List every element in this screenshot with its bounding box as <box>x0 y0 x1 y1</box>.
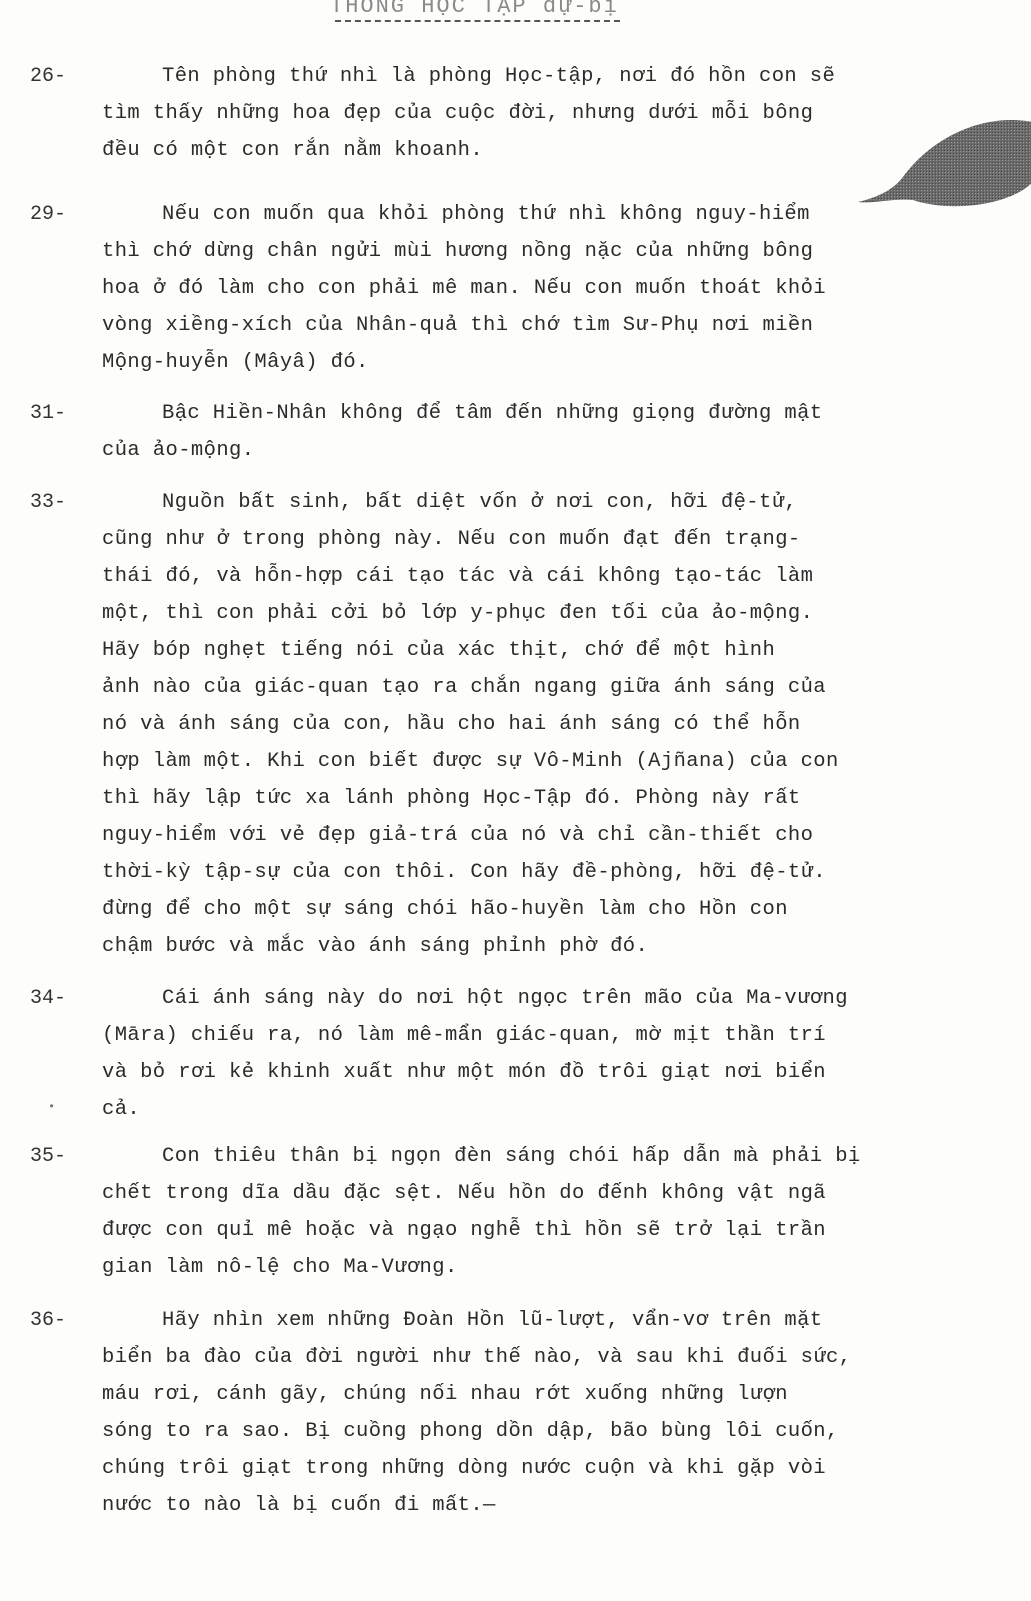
text-line: đừng để cho một sự sáng chói hão-huyền l… <box>102 891 788 928</box>
text-line: thì chớ dừng chân ngửi mùi hương nồng nặ… <box>102 233 813 270</box>
text-line: của ảo-mộng. <box>102 432 254 469</box>
text-line: cả. <box>102 1091 140 1128</box>
text-line: máu rơi, cánh gãy, chúng nối nhau rớt xu… <box>102 1376 788 1413</box>
page-title: THÔNG HỌC TẬP dự-bị <box>330 0 619 19</box>
text-line: Hãy bóp nghẹt tiếng nói của xác thịt, ch… <box>102 632 775 669</box>
text-line: nước to nào là bị cuốn đi mất.— <box>102 1487 496 1524</box>
text-line: đều có một con rắn nằm khoanh. <box>102 132 483 169</box>
text-line: Nếu con muốn qua khỏi phòng thứ nhì khôn… <box>162 196 810 233</box>
text-line: được con quỉ mê hoặc và ngạo nghễ thì hồ… <box>102 1212 826 1249</box>
text-line: vòng xiềng-xích của Nhân-quả thì chớ tìm… <box>102 307 813 344</box>
text-line: Con thiêu thân bị ngọn đèn sáng chói hấp… <box>162 1138 861 1175</box>
paragraph-number: 26- <box>30 58 66 95</box>
title-underline <box>335 20 620 22</box>
text-line: Bậc Hiền-Nhân không để tâm đến những giọ… <box>162 395 823 432</box>
text-line: chết trong dĩa dầu đặc sệt. Nếu hồn do đ… <box>102 1175 826 1212</box>
text-line: thì hãy lập tức xa lánh phòng Học-Tập đó… <box>102 780 801 817</box>
text-line: Cái ánh sáng này do nơi hột ngọc trên mã… <box>162 980 848 1017</box>
text-line: Hãy nhìn xem những Đoàn Hồn lũ-lượt, vẩn… <box>162 1302 823 1339</box>
text-line: cũng như ở trong phòng này. Nếu con muốn… <box>102 521 801 558</box>
text-line: một, thì con phải cởi bỏ lớp y-phục đen … <box>102 595 813 632</box>
text-line: hoa ở đó làm cho con phải mê man. Nếu co… <box>102 270 826 307</box>
text-line: ảnh nào của giác-quan tạo ra chắn ngang … <box>102 669 826 706</box>
text-line: và bỏ rơi kẻ khinh xuất như một món đồ t… <box>102 1054 826 1091</box>
leaf-stain-icon <box>858 112 1031 212</box>
text-line: nguy-hiểm với vẻ đẹp giả-trá của nó và c… <box>102 817 813 854</box>
text-line: nó và ánh sáng của con, hầu cho hai ánh … <box>102 706 801 743</box>
paragraph-number: 34- <box>30 980 66 1017</box>
text-line: chúng trôi giạt trong những dòng nước cu… <box>102 1450 826 1487</box>
text-line: Nguồn bất sinh, bất diệt vốn ở nơi con, … <box>162 484 797 521</box>
text-line: hợp làm một. Khi con biết được sự Vô-Min… <box>102 743 839 780</box>
text-line: sóng to ra sao. Bị cuồng phong dồn dập, … <box>102 1413 839 1450</box>
paragraph-number: 36- <box>30 1302 66 1339</box>
margin-dot: • <box>48 1100 55 1114</box>
text-line: biển ba đào của đời người như thế nào, v… <box>102 1339 851 1376</box>
paragraph-number: 29- <box>30 196 66 233</box>
text-line: chậm bước và mắc vào ánh sáng phỉnh phờ … <box>102 928 648 965</box>
paragraph-number: 33- <box>30 484 66 521</box>
text-line: thái đó, và hỗn-hợp cái tạo tác và cái k… <box>102 558 813 595</box>
text-line: thời-kỳ tập-sự của con thôi. Con hãy đề-… <box>102 854 826 891</box>
text-line: (Māra) chiếu ra, nó làm mê-mẩn giác-quan… <box>102 1017 826 1054</box>
text-line: Tên phòng thứ nhì là phòng Học-tập, nơi … <box>162 58 835 95</box>
text-line: Mộng-huyễn (Mâyâ) đó. <box>102 344 369 381</box>
text-line: tìm thấy những hoa đẹp của cuộc đời, như… <box>102 95 813 132</box>
paragraph-number: 35- <box>30 1138 66 1175</box>
paragraph-number: 31- <box>30 395 66 432</box>
text-line: gian làm nô-lệ cho Ma-Vương. <box>102 1249 458 1286</box>
